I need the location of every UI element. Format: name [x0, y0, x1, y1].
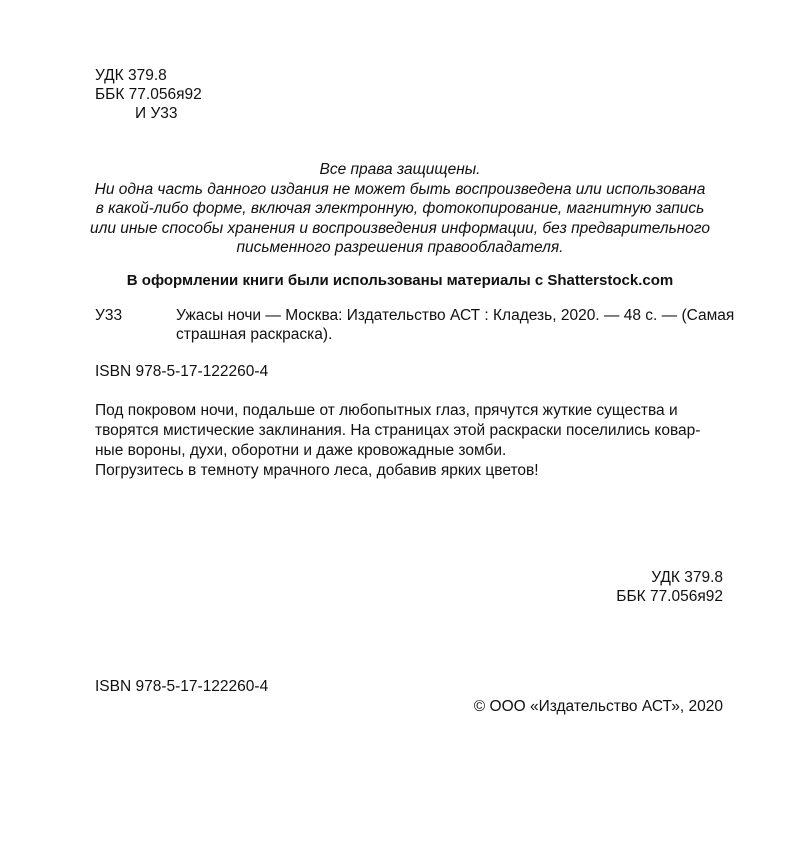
- bibliographic-code: У33: [95, 306, 122, 325]
- annotation-line: ные вороны, духи, оборотни и даже кровож…: [95, 441, 700, 461]
- bbk-code: ББК 77.056я92: [616, 587, 723, 606]
- bibliographic-line: Ужасы ночи — Москва: Издательство АСТ : …: [176, 306, 734, 325]
- udk-code: УДК 379.8: [95, 66, 202, 85]
- rights-line: Все права защищены.: [60, 160, 740, 180]
- rights-line: письменного разрешения правообладателя.: [60, 238, 740, 258]
- annotation-line: творятся мистические заклинания. На стра…: [95, 421, 700, 441]
- annotation: Под покровом ночи, подальше от любопытны…: [95, 401, 700, 481]
- isbn-bottom: ISBN 978-5-17-122260-4: [95, 677, 268, 696]
- copyright-notice: © ООО «Издательство АСТ», 2020: [474, 697, 723, 716]
- rights-line: или иные способы хранения и воспроизведе…: [60, 219, 740, 239]
- materials-note: В оформлении книги были использованы мат…: [60, 271, 740, 290]
- classification-codes-top: УДК 379.8 ББК 77.056я92 И У33: [95, 66, 202, 123]
- classification-codes-bottom: УДК 379.8 ББК 77.056я92: [616, 568, 723, 606]
- rights-line: Ни одна часть данного издания не может б…: [60, 180, 740, 200]
- annotation-line: Под покровом ночи, подальше от любопытны…: [95, 401, 700, 421]
- bbk-code: ББК 77.056я92: [95, 85, 202, 104]
- bibliographic-line: страшная раскраска).: [176, 325, 734, 344]
- bibliographic-entry: Ужасы ночи — Москва: Издательство АСТ : …: [176, 306, 734, 344]
- annotation-line: Погрузитесь в темноту мрачного леса, доб…: [95, 461, 700, 481]
- author-mark: И У33: [95, 104, 202, 123]
- rights-notice: Все права защищены. Ни одна часть данног…: [60, 160, 740, 258]
- isbn-top: ISBN 978-5-17-122260-4: [95, 362, 268, 381]
- udk-code: УДК 379.8: [616, 568, 723, 587]
- rights-line: в какой-либо форме, включая электронную,…: [60, 199, 740, 219]
